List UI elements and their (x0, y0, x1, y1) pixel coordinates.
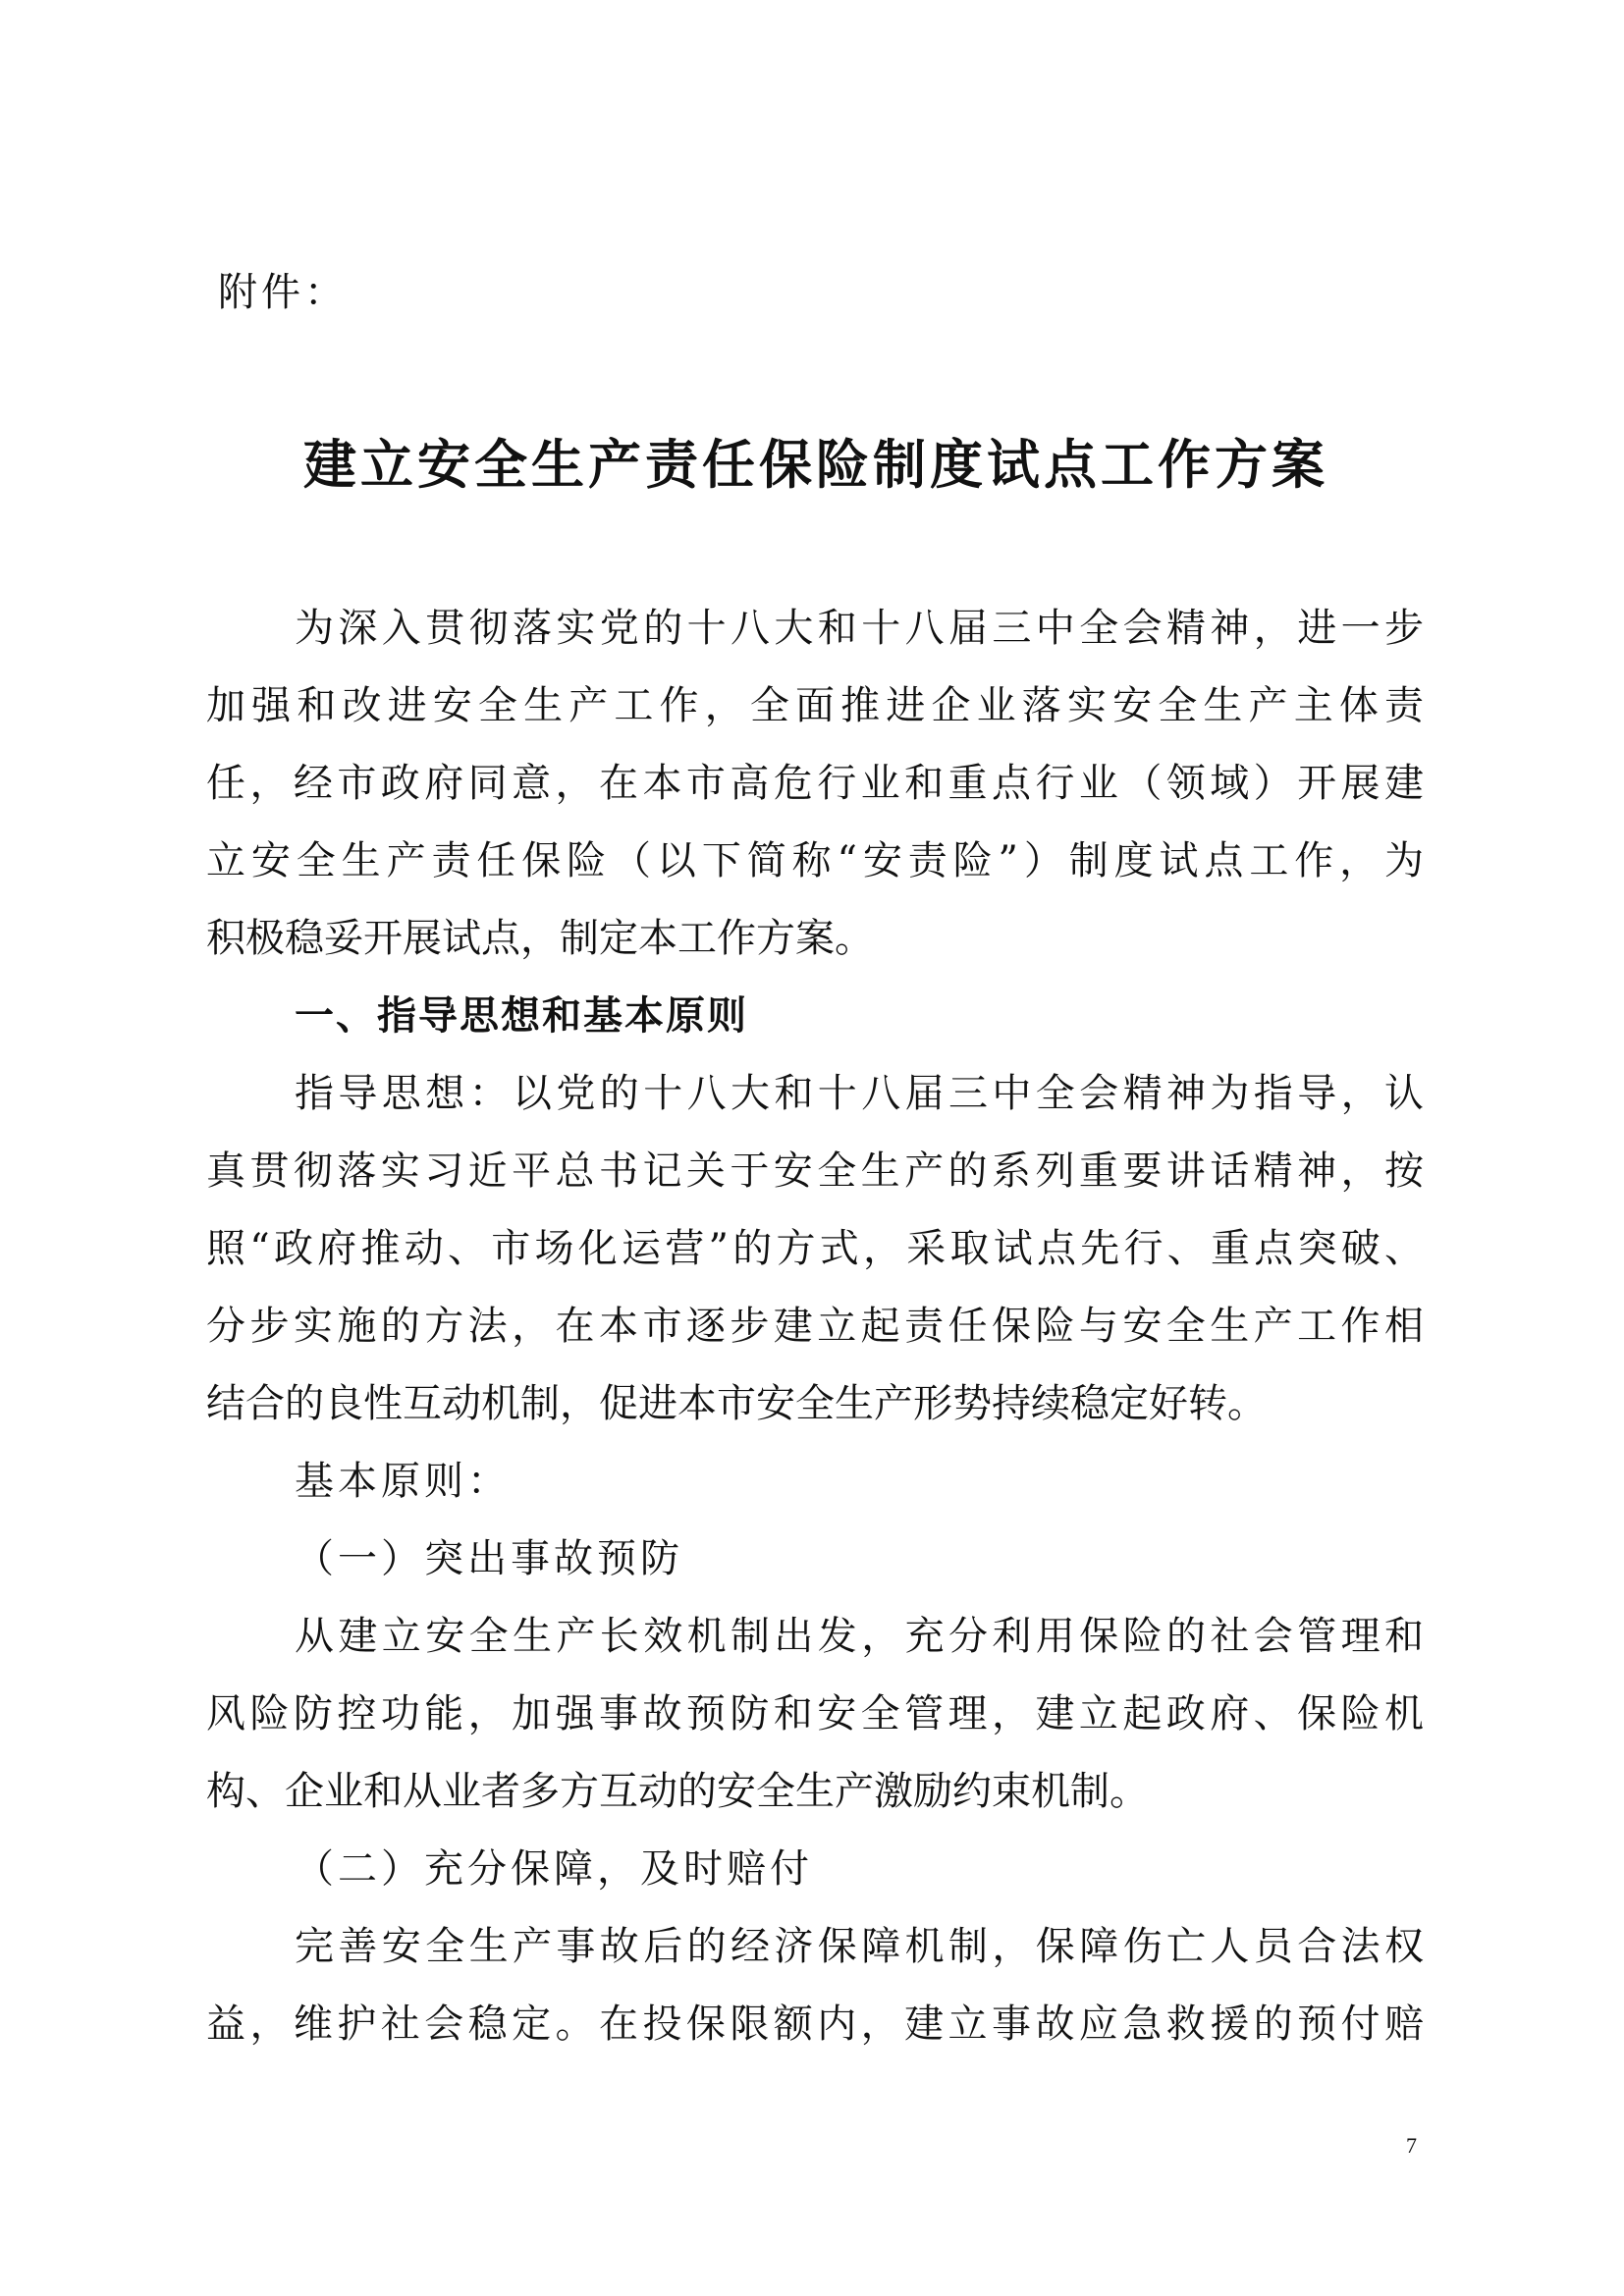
document-page: 附件： 建立安全生产责任保险制度试点工作方案 为深入贯彻落实党的十八大和十八届三… (0, 0, 1624, 2296)
paragraph-intro-line-4: 立安全生产责任保险（以下简称“安责险”）制度试点工作，为 (206, 833, 1424, 888)
paragraph-guiding-line-2: 真贯彻落实习近平总书记关于安全生产的系列重要讲话精神，按 (206, 1144, 1424, 1199)
paragraph-intro-line-1: 为深入贯彻落实党的十八大和十八届三中全会精神，进一步 (295, 601, 1424, 656)
principle-1-line-1: 从建立安全生产长效机制出发，充分利用保险的社会管理和 (295, 1609, 1424, 1664)
paragraph-intro-line-3: 任，经市政府同意，在本市高危行业和重点行业（领域）开展建 (206, 756, 1424, 811)
principle-2-line-2: 益，维护社会稳定。在投保限额内，建立事故应急救援的预付赔 (206, 1997, 1424, 2052)
principle-2-heading: （二）充分保障，及时赔付 (295, 1842, 1512, 1896)
principle-1-line-3: 构、企业和从业者多方互动的安全生产激励约束机制。 (206, 1764, 1424, 1819)
paragraph-guiding-line-1: 指导思想：以党的十八大和十八届三中全会精神为指导，认 (295, 1066, 1424, 1121)
attachment-label: 附件： (218, 265, 348, 320)
paragraph-guiding-line-4: 分步实施的方法，在本市逐步建立起责任保险与安全生产工作相 (206, 1299, 1424, 1354)
principle-1-line-2: 风险防控功能，加强事故预防和安全管理，建立起政府、保险机 (206, 1686, 1424, 1741)
principle-2-line-1: 完善安全生产事故后的经济保障机制，保障伤亡人员合法权 (295, 1919, 1424, 1974)
paragraph-intro-line-5: 积极稳妥开展试点，制定本工作方案。 (206, 911, 1424, 966)
basic-principles-label: 基本原则： (295, 1454, 1424, 1509)
paragraph-intro-line-2: 加强和改进安全生产工作，全面推进企业落实安全生产主体责 (206, 678, 1424, 733)
section-heading-1: 一、指导思想和基本原则 (295, 988, 1424, 1043)
paragraph-guiding-line-5: 结合的良性互动机制，促进本市安全生产形势持续稳定好转。 (206, 1376, 1424, 1431)
principle-1-heading: （一）突出事故预防 (295, 1531, 1512, 1586)
page-number: 7 (1406, 2132, 1417, 2160)
document-title: 建立安全生产责任保险制度试点工作方案 (0, 430, 1624, 501)
paragraph-guiding-line-3: 照“政府推动、市场化运营”的方式，采取试点先行、重点突破、 (206, 1221, 1424, 1276)
